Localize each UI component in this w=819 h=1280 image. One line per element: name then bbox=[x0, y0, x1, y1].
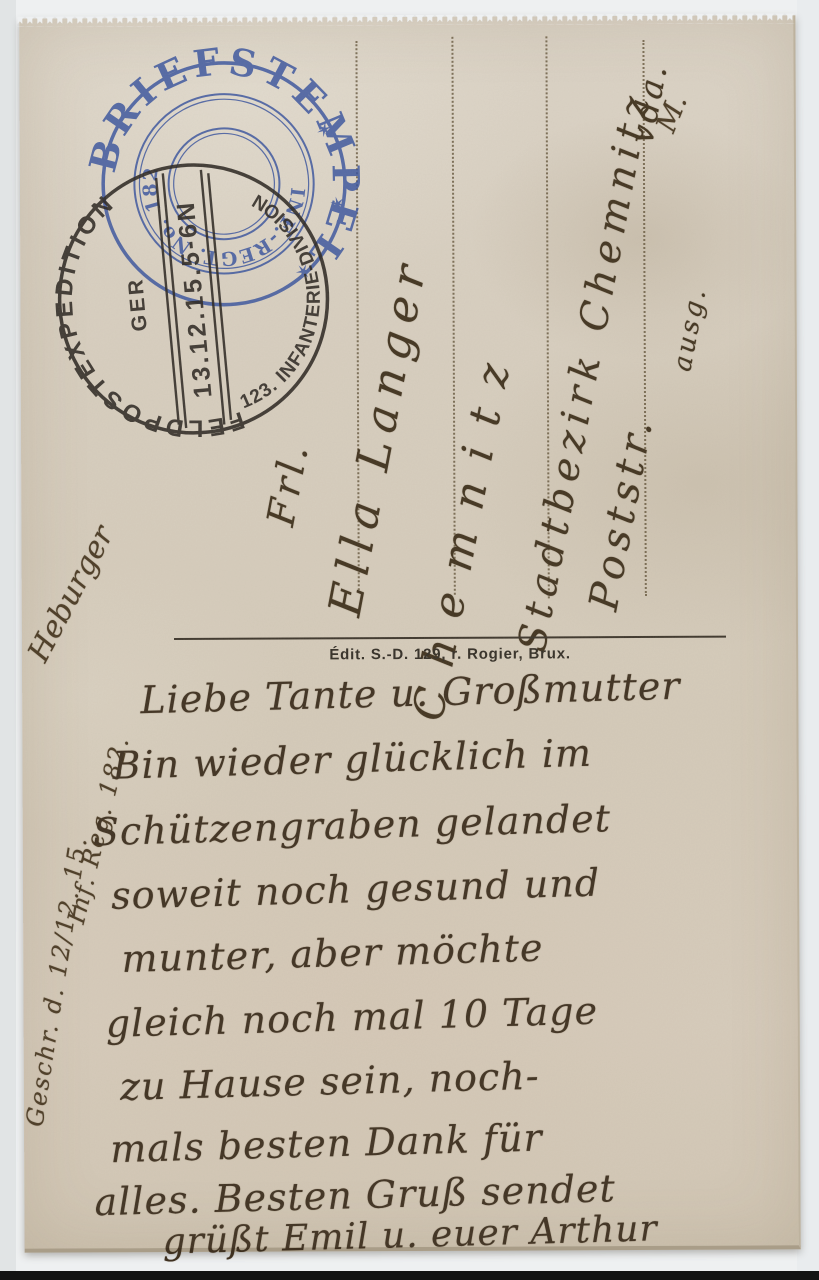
postcard: BRIEFSTEMPEL ✶ ✶ ✶ ✶ ✶ ✶ INF.-REGT. No. … bbox=[19, 15, 800, 1252]
feldpost-postmark: FELDPOSTEXPEDITION GER 13.12.15.5-6N 123… bbox=[47, 152, 340, 445]
message-line: Schützengraben gelandet bbox=[92, 796, 611, 854]
address-city-line: Chemnitz bbox=[403, 338, 524, 725]
address-extra-line: ausg. bbox=[667, 284, 712, 374]
scan-bottom-bar bbox=[0, 1271, 819, 1280]
message-line: gleich noch mal 10 Tage bbox=[105, 989, 598, 1046]
address-salutation: Frl. bbox=[258, 438, 317, 529]
feldpost-date: 13.12.15.5-6N bbox=[172, 199, 218, 399]
message-line: soweit noch gesund und bbox=[111, 861, 601, 918]
scanner-background-right bbox=[797, 0, 819, 1280]
message-line: Bin wieder glücklich im bbox=[112, 731, 592, 788]
svg-text:123. INFANTERIE-DIVISION: 123. INFANTERIE-DIVISION bbox=[219, 184, 336, 414]
feldpost-center-code: GER bbox=[124, 276, 152, 333]
message-line: Liebe Tante u. Großmutter bbox=[140, 664, 681, 723]
feldpost-arc-bottom-text: 123. INFANTERIE-DIVISION bbox=[219, 184, 336, 414]
message-line: munter, aber möchte bbox=[121, 926, 544, 981]
message-line: mals besten Dank für bbox=[110, 1116, 543, 1172]
censor-signature: Heburger bbox=[21, 520, 121, 667]
publisher-imprint: Édit. S.-D. 129, r. Rogier, Brux. bbox=[174, 645, 726, 664]
message-line: zu Hause sein, noch- bbox=[119, 1054, 540, 1109]
address-district-line: Stadtbezirk Chemnitz bbox=[510, 86, 661, 655]
scanner-background-strip bbox=[0, 0, 16, 1280]
perforated-edge bbox=[17, 13, 795, 26]
